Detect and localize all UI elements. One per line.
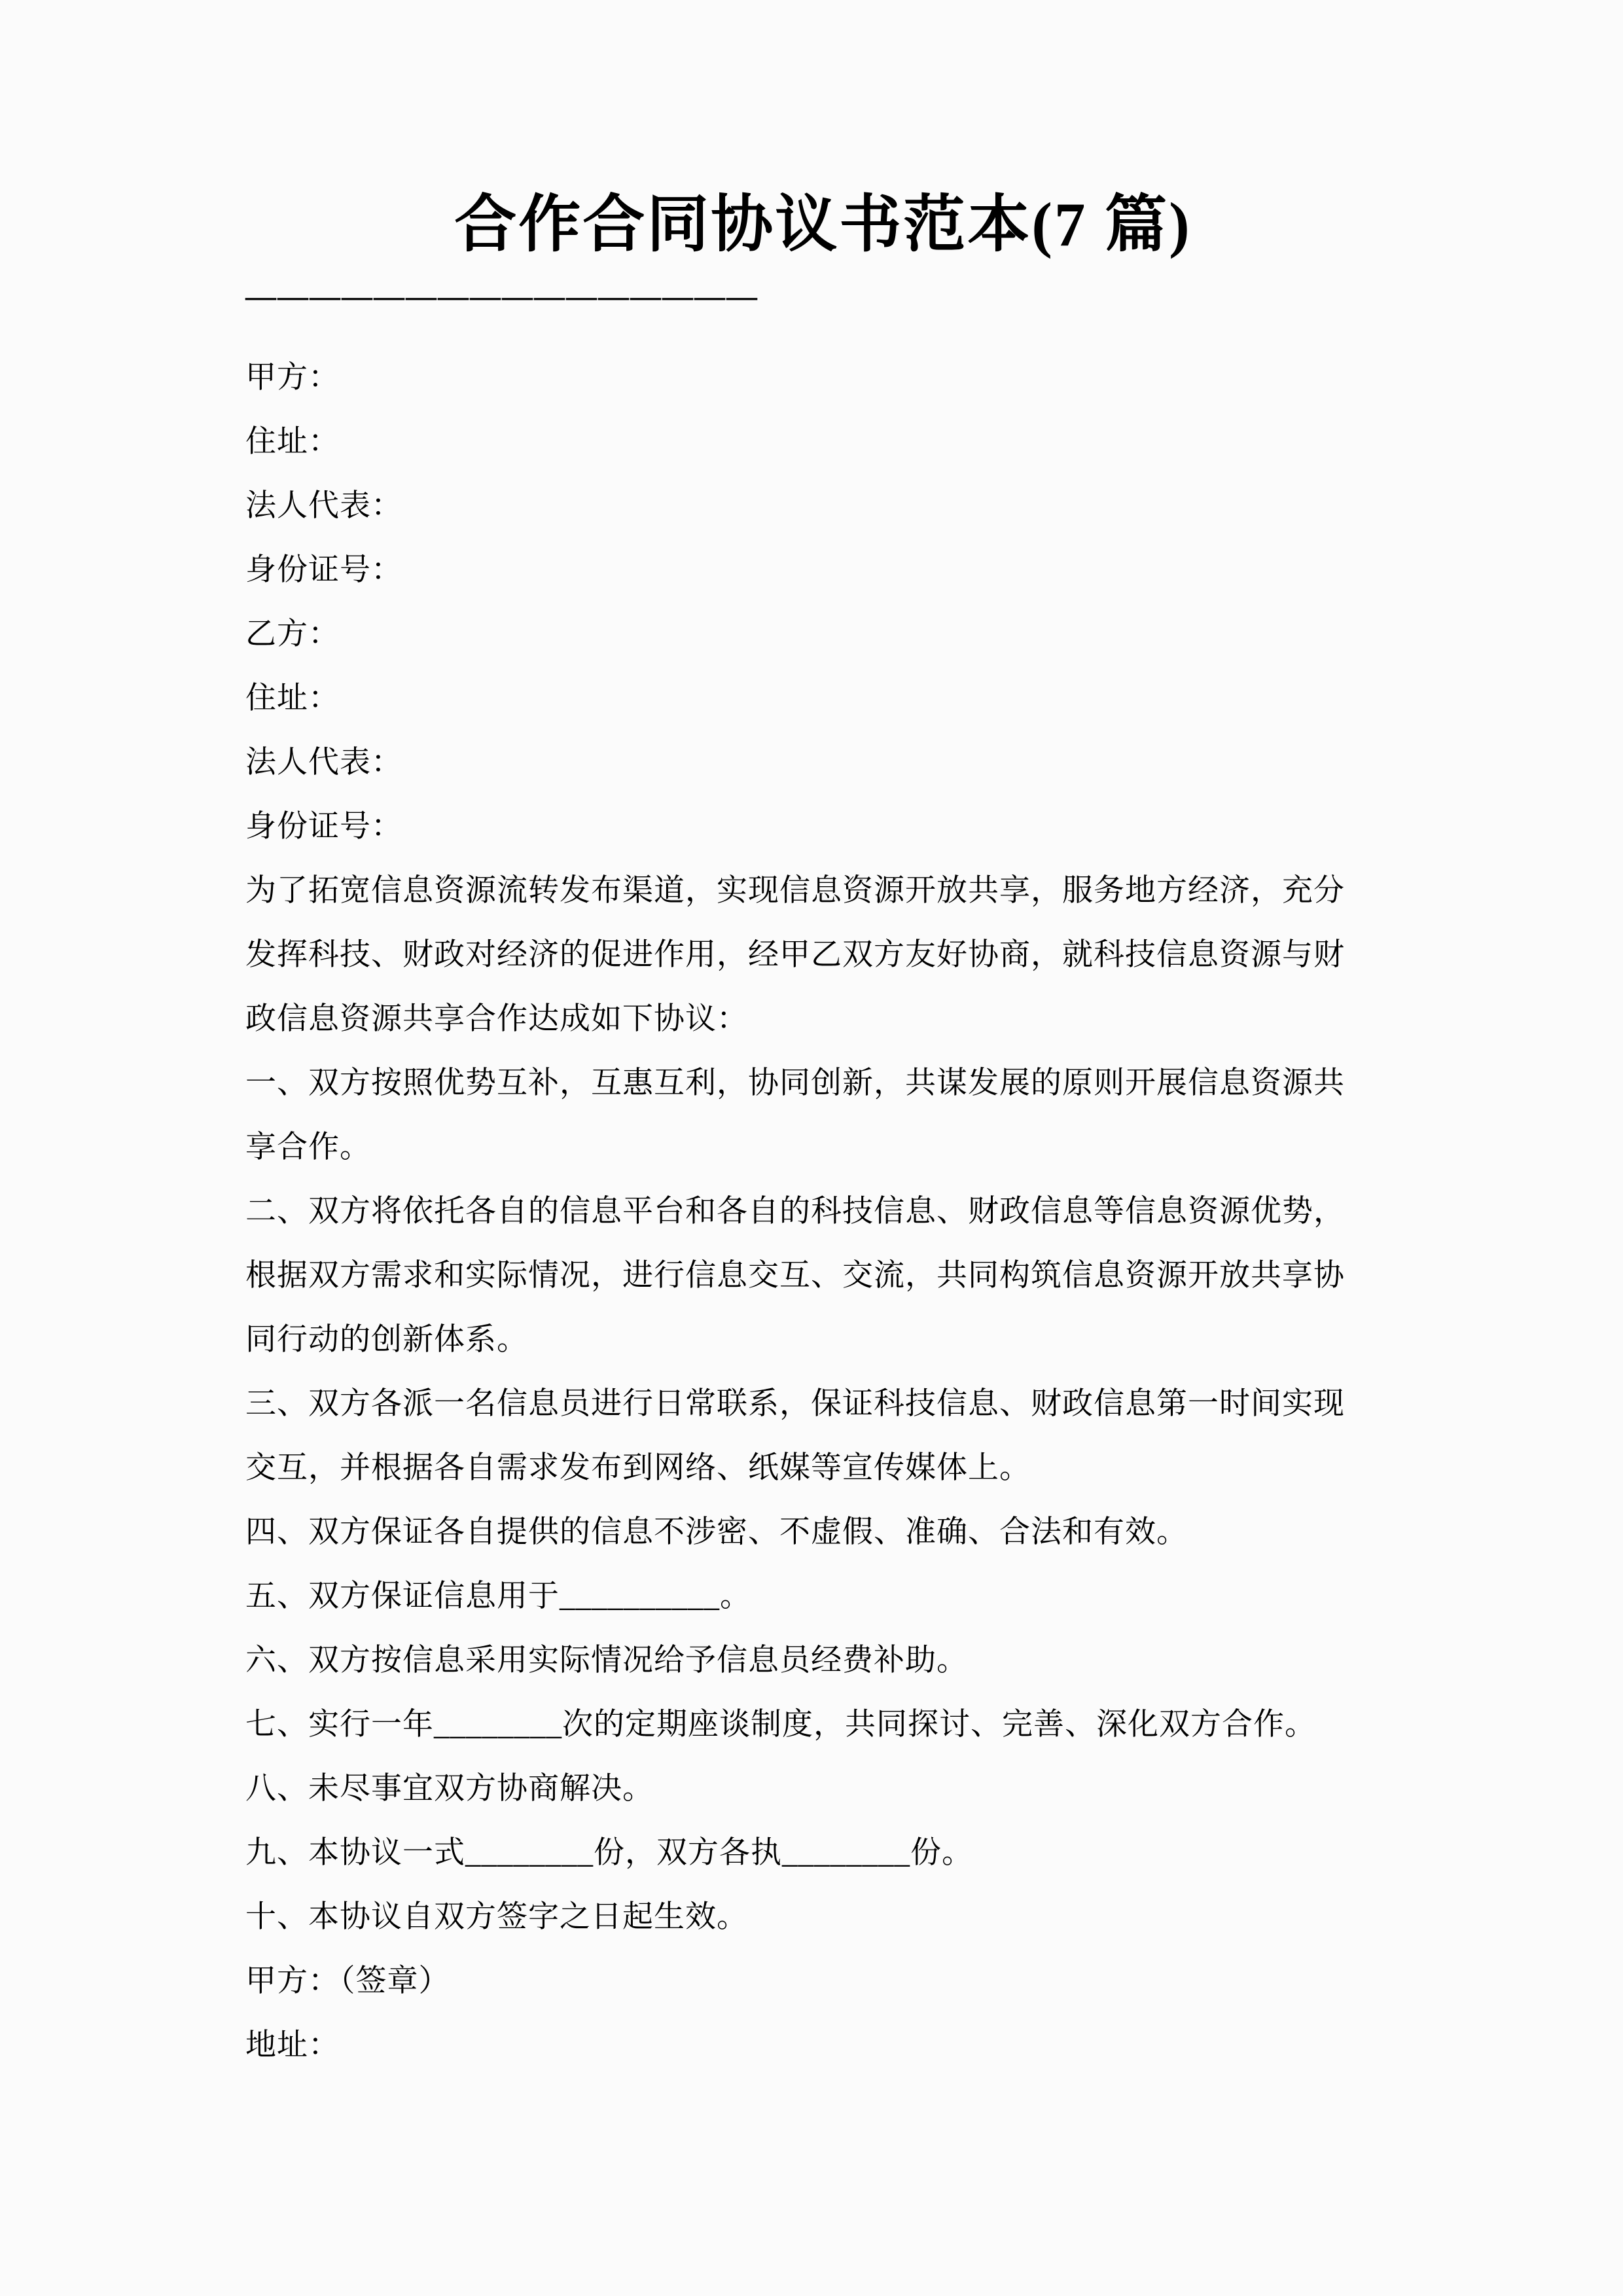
text-line: 住址： <box>245 666 1400 730</box>
document-content: 合作合同协议书范本(7 篇) ———————————————— 甲方：住址：法人… <box>0 0 1623 2077</box>
text-line: 六、双方按信息采用实际情况给予信息员经费补助。 <box>245 1628 1400 1693</box>
text-line: 甲方： <box>245 346 1400 410</box>
text-line: 住址： <box>245 410 1400 474</box>
text-line: 二、双方将依托各自的信息平台和各自的科技信息、财政信息等信息资源优势， <box>245 1179 1400 1244</box>
text-line: 甲方：（签章） <box>245 1949 1400 2013</box>
text-line: 享合作。 <box>245 1115 1400 1179</box>
text-line: 法人代表： <box>245 730 1400 795</box>
document-body: 甲方：住址：法人代表：身份证号：乙方：住址：法人代表：身份证号：为了拓宽信息资源… <box>245 346 1400 2077</box>
title-underline: ———————————————— <box>245 276 1400 317</box>
text-line: 同行动的创新体系。 <box>245 1308 1400 1372</box>
text-line: 身份证号： <box>245 795 1400 859</box>
text-line: 根据双方需求和实际情况，进行信息交互、交流，共同构筑信息资源开放共享协 <box>245 1244 1400 1308</box>
text-line: 一、双方按照优势互补，互惠互利，协同创新，共谋发展的原则开展信息资源共 <box>245 1051 1400 1115</box>
text-line: 八、未尽事宜双方协商解决。 <box>245 1757 1400 1821</box>
text-line: 十、本协议自双方签字之日起生效。 <box>245 1885 1400 1949</box>
page-title: 合作合同协议书范本(7 篇) <box>245 175 1400 274</box>
text-line: 身份证号： <box>245 538 1400 602</box>
text-line: 五、双方保证信息用于__________。 <box>245 1564 1400 1628</box>
text-line: 乙方： <box>245 602 1400 666</box>
text-line: 为了拓宽信息资源流转发布渠道，实现信息资源开放共享，服务地方经济，充分 <box>245 859 1400 923</box>
contract-document-page: 合作合同协议书范本(7 篇) ———————————————— 甲方：住址：法人… <box>0 0 1623 2296</box>
text-line: 法人代表： <box>245 474 1400 538</box>
text-line: 九、本协议一式________份，双方各执________份。 <box>245 1821 1400 1885</box>
text-line: 四、双方保证各自提供的信息不涉密、不虚假、准确、合法和有效。 <box>245 1500 1400 1564</box>
text-line: 七、实行一年________次的定期座谈制度，共同探讨、完善、深化双方合作。 <box>245 1693 1400 1757</box>
text-line: 交互，并根据各自需求发布到网络、纸媒等宣传媒体上。 <box>245 1436 1400 1500</box>
text-line: 地址： <box>245 2013 1400 2077</box>
text-line: 三、双方各派一名信息员进行日常联系，保证科技信息、财政信息第一时间实现 <box>245 1372 1400 1436</box>
text-line: 政信息资源共享合作达成如下协议： <box>245 987 1400 1051</box>
text-line: 发挥科技、财政对经济的促进作用，经甲乙双方友好协商，就科技信息资源与财 <box>245 923 1400 987</box>
